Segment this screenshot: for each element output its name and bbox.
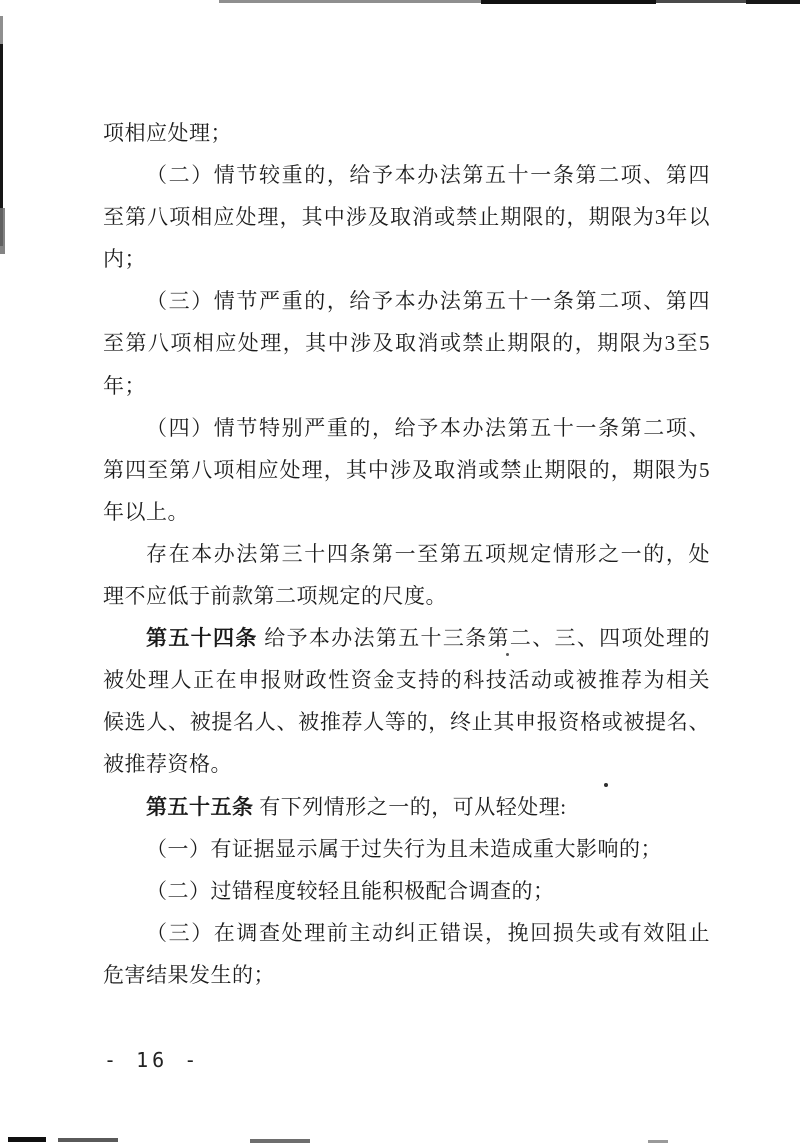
text-line: 危害结果发生的； [103, 954, 710, 996]
text-line: 第五十五条 有下列情形之一的，可从轻处理: [103, 786, 710, 828]
scan-artifact-left-edge [0, 16, 3, 46]
text-line: （二）过错程度较轻且能积极配合调查的； [103, 870, 710, 912]
line-text: 年以上。 [103, 500, 189, 524]
text-line: 第四至第八项相应处理，其中涉及取消或禁止期限的，期限为5 [103, 449, 710, 491]
text-line: 至第八项相应处理，其中涉及取消或禁止期限的，期限为3至5 [103, 322, 710, 364]
document-page: 项相应处理；（二）情节较重的，给予本办法第五十一条第二项、第四至第八项相应处理，… [0, 0, 800, 1143]
text-line: 至第八项相应处理，其中涉及取消或禁止期限的，期限为3年以 [103, 196, 710, 238]
text-line: （一）有证据显示属于过失行为且未造成重大影响的； [103, 828, 710, 870]
text-line: 被推荐资格。 [103, 743, 710, 785]
scan-artifact-bottom [8, 1137, 46, 1142]
text-line: （三）情节严重的，给予本办法第五十一条第二项、第四 [103, 280, 710, 322]
text-line: （二）情节较重的，给予本办法第五十一条第二项、第四 [103, 154, 710, 196]
text-line: 第五十四条 给予本办法第五十三条第二、三、四项处理的 [103, 617, 710, 659]
line-text: 有下列情形之一的，可从轻处理: [254, 795, 567, 819]
document-body: 项相应处理；（二）情节较重的，给予本办法第五十一条第二项、第四至第八项相应处理，… [103, 112, 710, 996]
text-line: 候选人、被提名人、被推荐人等的，终止其申报资格或被提名、 [103, 701, 710, 743]
line-text: 被处理人正在申报财政性资金支持的科技活动或被推荐为相关 [103, 668, 710, 692]
text-line: 存在本办法第三十四条第一至第五项规定情形之一的，处 [103, 533, 710, 575]
text-line: 理不应低于前款第二项规定的尺度。 [103, 575, 710, 617]
line-text: 给予本办法第五十三条第二、三、四项处理的 [258, 626, 710, 650]
line-text: （三）在调查处理前主动纠正错误，挽回损失或有效阻止 [146, 921, 710, 945]
line-text: （四）情节特别严重的，给予本办法第五十一条第二项、 [146, 416, 710, 440]
text-line: （三）在调查处理前主动纠正错误，挽回损失或有效阻止 [103, 912, 710, 954]
line-text: 危害结果发生的； [103, 963, 275, 987]
line-text: 被推荐资格。 [103, 752, 232, 776]
text-line: （四）情节特别严重的，给予本办法第五十一条第二项、 [103, 407, 710, 449]
line-text: 第四至第八项相应处理，其中涉及取消或禁止期限的，期限为5 [103, 458, 710, 482]
line-text: 至第八项相应处理，其中涉及取消或禁止期限的，期限为3至5 [103, 331, 710, 355]
text-line: 被处理人正在申报财政性资金支持的科技活动或被推荐为相关 [103, 659, 710, 701]
line-text: 理不应低于前款第二项规定的尺度。 [103, 584, 447, 608]
scan-artifact-bottom [58, 1138, 118, 1142]
text-line: 年； [103, 365, 710, 407]
line-text: 内； [103, 247, 146, 271]
scan-artifact-bottom [250, 1139, 310, 1143]
scan-artifact-top [481, 0, 656, 4]
line-text: 项相应处理； [103, 121, 232, 145]
bold-term: 第五十五条 [146, 795, 254, 819]
line-text: 至第八项相应处理，其中涉及取消或禁止期限的，期限为3年以 [103, 205, 710, 229]
bold-term: 第五十四条 [146, 626, 258, 650]
line-text: 候选人、被提名人、被推荐人等的，终止其申报资格或被提名、 [103, 710, 710, 734]
text-line: 内； [103, 238, 710, 280]
line-text: （三）情节严重的，给予本办法第五十一条第二项、第四 [146, 289, 710, 313]
line-text: （一）有证据显示属于过失行为且未造成重大影响的； [146, 837, 662, 861]
scan-artifact-top [219, 0, 481, 3]
text-line: 项相应处理； [103, 112, 710, 154]
line-text: 存在本办法第三十四条第一至第五项规定情形之一的，处 [146, 542, 710, 566]
scan-artifact-top [656, 0, 746, 3]
line-text: （二）过错程度较轻且能积极配合调查的； [146, 879, 555, 903]
text-line: 年以上。 [103, 491, 710, 533]
scan-artifact-left-edge [0, 208, 5, 254]
page-number: - 16 - [104, 1048, 200, 1072]
line-text: （二）情节较重的，给予本办法第五十一条第二项、第四 [146, 163, 710, 187]
scan-artifact-top [746, 0, 800, 4]
line-text: 年； [103, 374, 146, 398]
